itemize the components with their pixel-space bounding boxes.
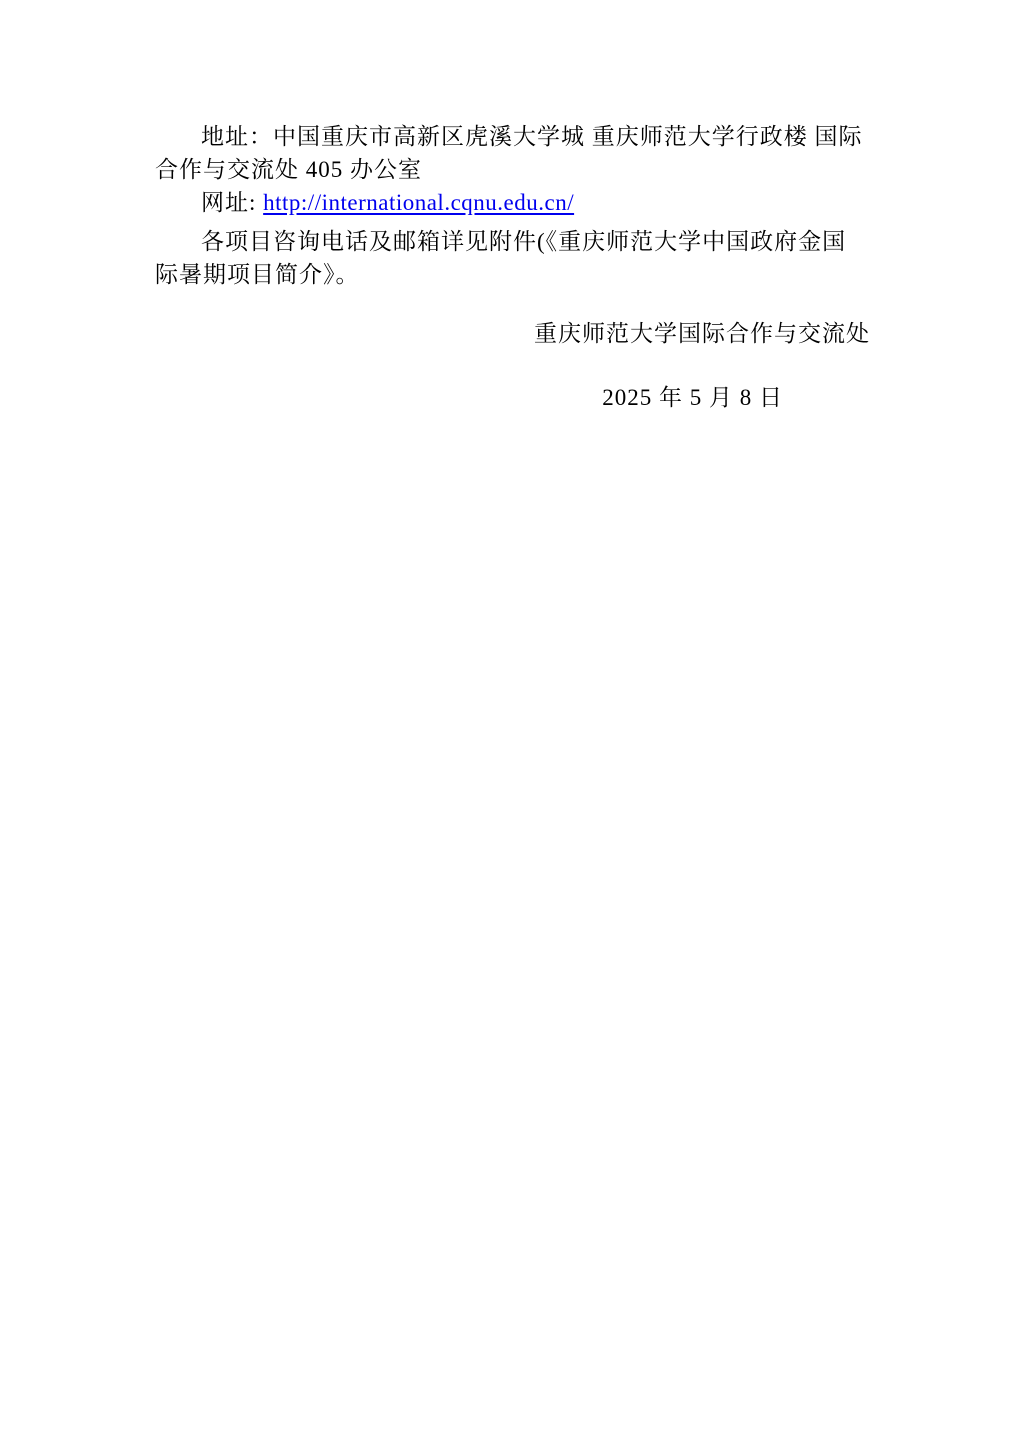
document-content: 地址：中国重庆市高新区虎溪大学城 重庆师范大学行政楼 国际 合作与交流处 405… [0,0,1024,414]
website-paragraph: 网址: http://international.cqnu.edu.cn/ [155,186,870,219]
date-line: 2025 年 5 月 8 日 [155,381,870,414]
website-line: 网址: http://international.cqnu.edu.cn/ [155,186,870,219]
signature-line: 重庆师范大学国际合作与交流处 [155,317,870,350]
website-link[interactable]: http://international.cqnu.edu.cn/ [263,190,574,215]
attachment-line-1: 各项目咨询电话及邮箱详见附件(《重庆师范大学中国政府金国 [155,225,870,258]
address-paragraph: 地址：中国重庆市高新区虎溪大学城 重庆师范大学行政楼 国际 合作与交流处 405… [155,120,870,186]
address-line-1: 地址：中国重庆市高新区虎溪大学城 重庆师范大学行政楼 国际 [155,120,870,153]
attachment-line-2: 际暑期项目简介》。 [155,258,870,291]
address-line-2: 合作与交流处 405 办公室 [155,153,870,186]
document-page: 地址：中国重庆市高新区虎溪大学城 重庆师范大学行政楼 国际 合作与交流处 405… [0,0,1024,1448]
attachment-paragraph: 各项目咨询电话及邮箱详见附件(《重庆师范大学中国政府金国 际暑期项目简介》。 [155,225,870,291]
website-label: 网址: [201,190,263,215]
